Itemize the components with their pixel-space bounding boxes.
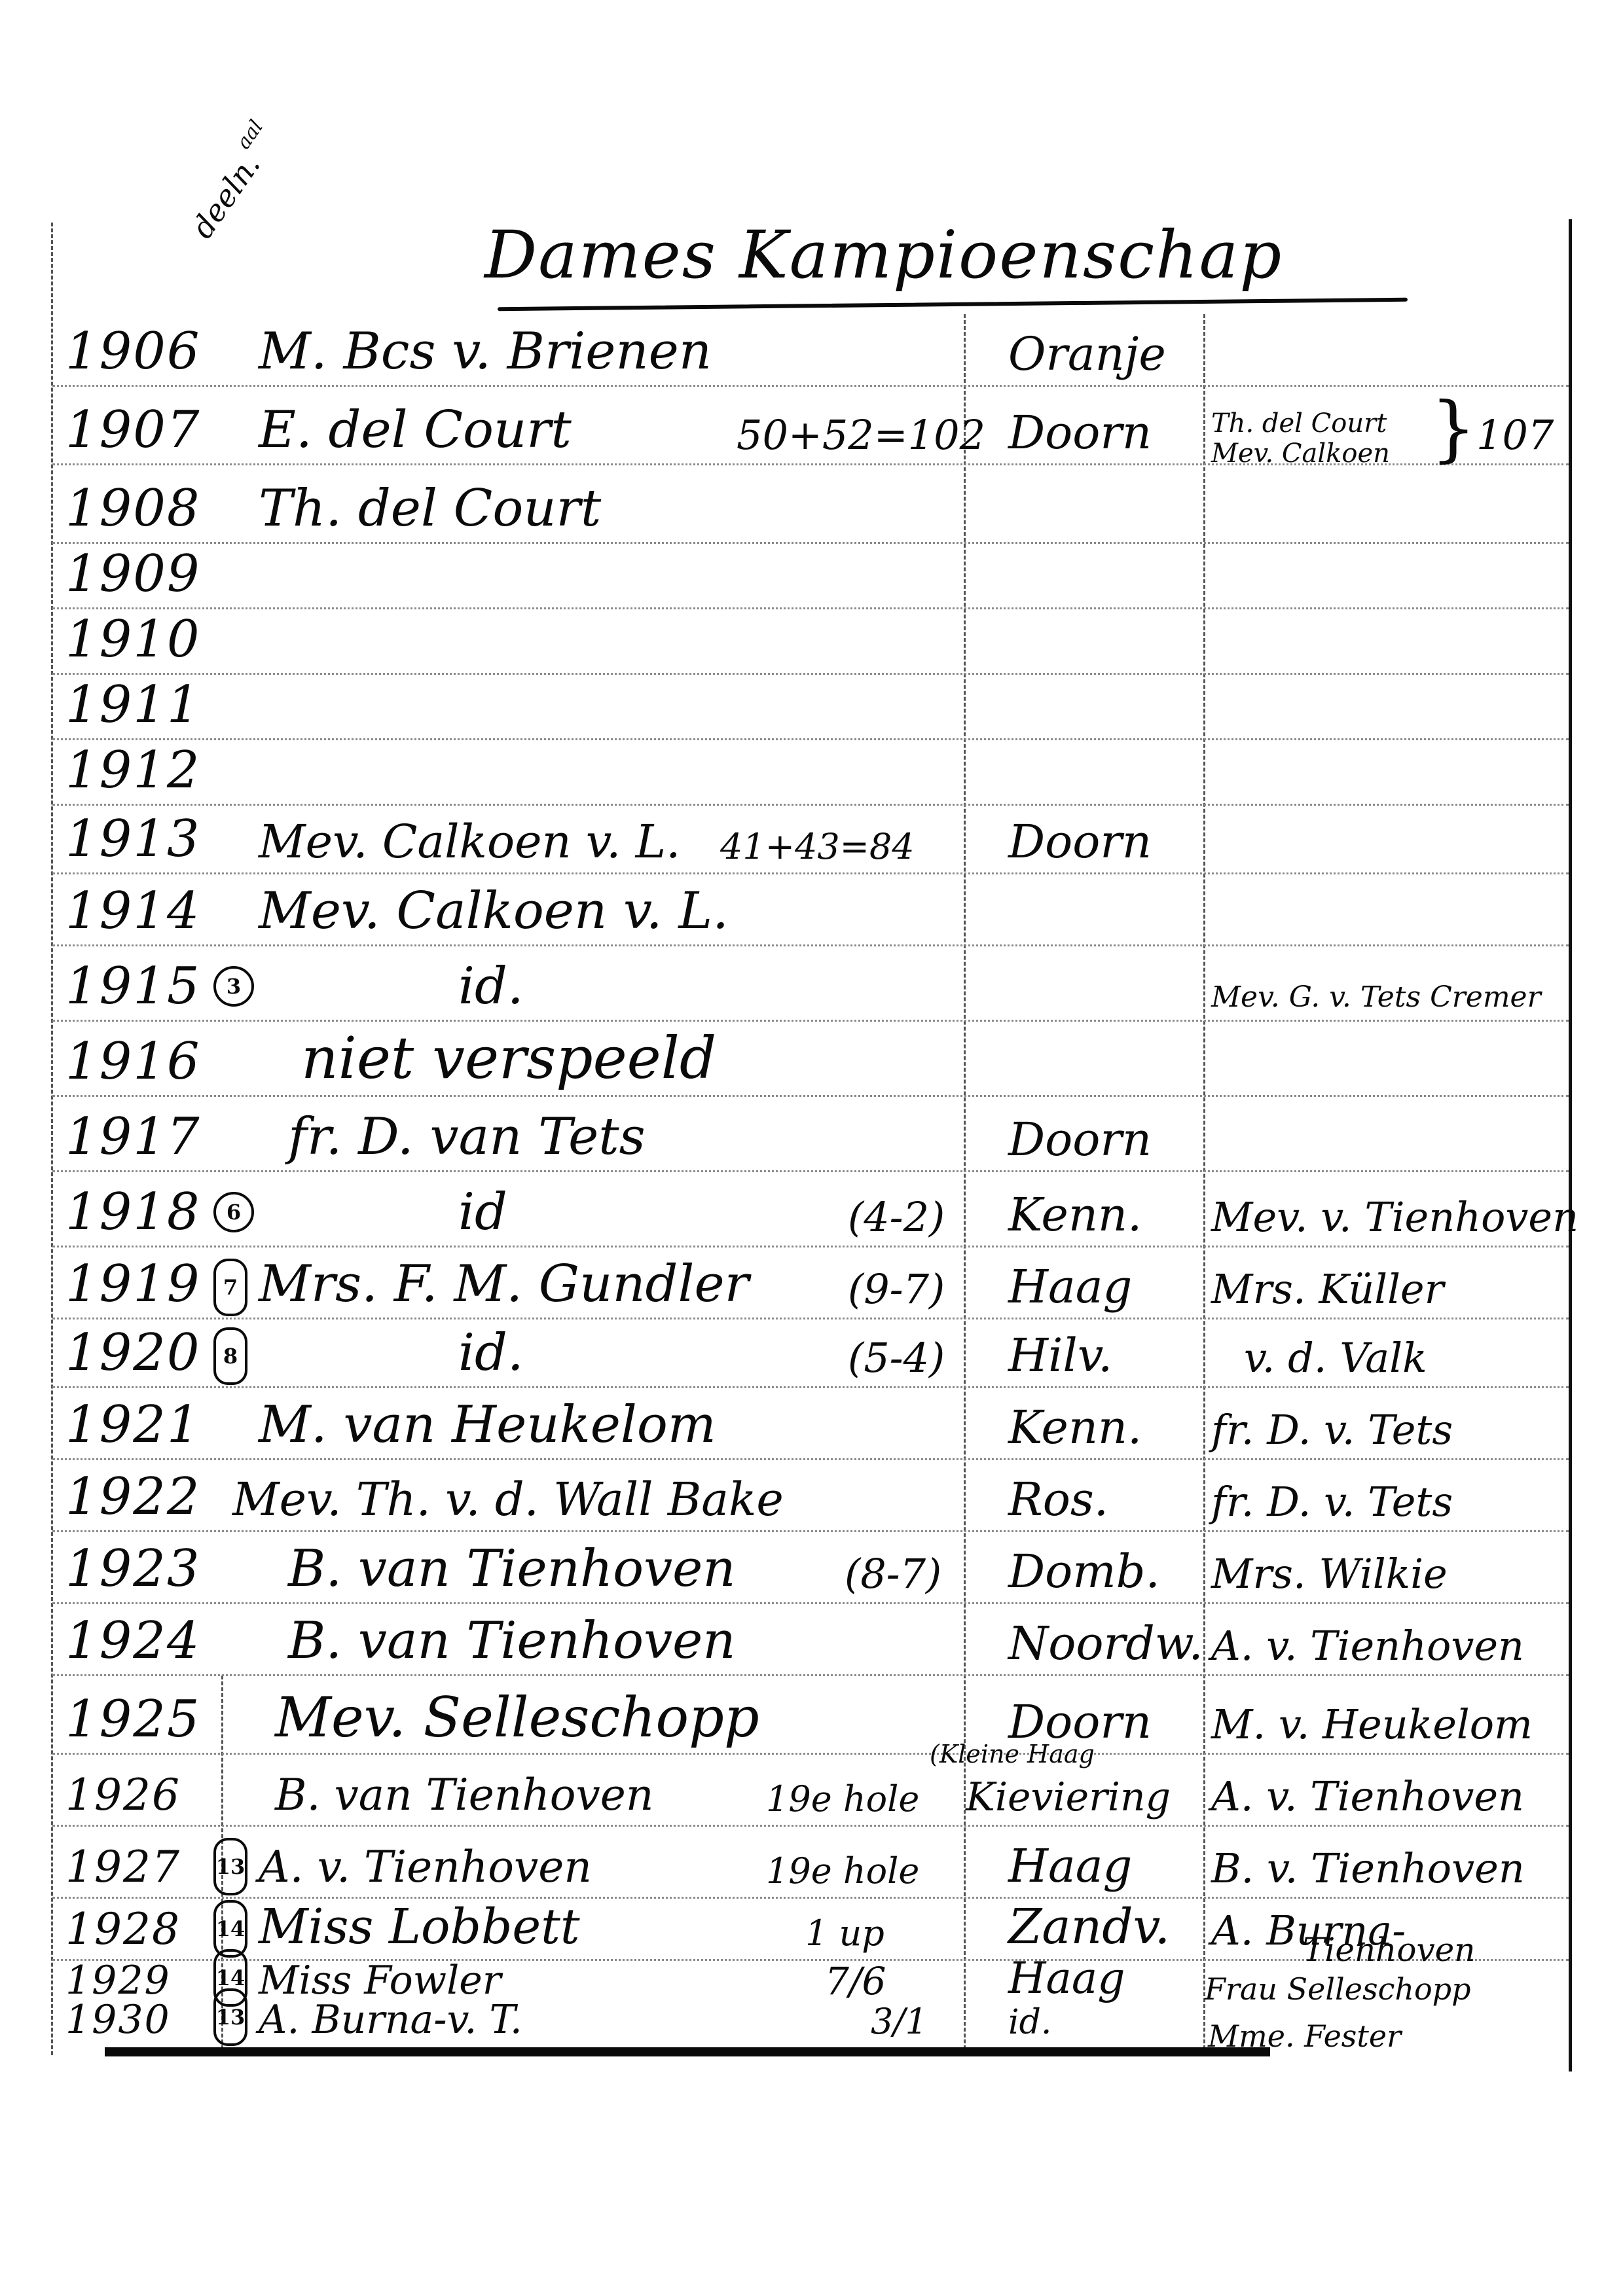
year: 1930 (65, 2000, 171, 2039)
table-row: 1911 (0, 668, 1623, 740)
winner: id (458, 1187, 507, 1238)
bottom-border (105, 2047, 1270, 2056)
table-row: 1909 (0, 537, 1623, 609)
runner-up: Mrs. Küller (1211, 1269, 1444, 1310)
margin-note-text: deeln. (185, 148, 267, 245)
runner-up: fr. D. v. Tets (1211, 1410, 1453, 1450)
year: 1909 (65, 548, 201, 600)
runner-up: v. d. Valk (1244, 1338, 1427, 1378)
winner: E. del Court (259, 404, 572, 456)
year: 1910 (65, 614, 201, 665)
winner: Mrs. F. M. Gundler (259, 1259, 749, 1310)
table-row: 1917 fr. D. van Tets Doorn (0, 1100, 1623, 1172)
table-row: 1914 Mev. Calkoen v. L. (0, 874, 1623, 946)
table-row: 1918 6 id (4-2) Kenn. Mev. v. Tienhoven (0, 1175, 1623, 1247)
year: 1914 (65, 886, 201, 937)
year: 1924 (65, 1615, 201, 1666)
runner-up: A. v. Tienhoven (1211, 1776, 1524, 1817)
score: 41+43=84 (720, 829, 915, 865)
club: Haag (1008, 1264, 1132, 1310)
year: 1926 (65, 1774, 181, 1817)
year: 1907 (65, 404, 201, 456)
club: Haag (1008, 1843, 1132, 1889)
score: (9-7) (848, 1269, 945, 1310)
club: Doorn (1008, 819, 1152, 865)
club-note: (Kleine Haag (930, 1740, 1095, 1768)
table-row: 1912 (0, 733, 1623, 805)
table-row: 1930 13 A. Burna-v. T. 3/1 id. Mme. Fest… (0, 1977, 1623, 2049)
entries-count-badge: 6 (213, 1192, 254, 1232)
table-row: 1913 Mev. Calkoen v. L. 41+43=84 Doorn (0, 802, 1623, 874)
page-title: Dames Kampioenschap (484, 223, 1283, 288)
runner-up-score: 107 (1476, 415, 1554, 456)
winner: M. van Heukelom (259, 1399, 716, 1450)
club: Hilv. (1008, 1333, 1112, 1378)
runner-up: M. v. Heukelom (1211, 1704, 1533, 1745)
year: 1921 (65, 1399, 201, 1450)
table-row: 1927 13 A. v. Tienhoven 19e hole Haag B.… (0, 1826, 1623, 1898)
year: 1918 (65, 1187, 201, 1238)
runner-up: fr. D. v. Tets (1211, 1482, 1453, 1522)
row-rule (52, 1020, 1569, 1022)
runner-up: Mev. G. v. Tets Cremer (1211, 983, 1541, 1012)
table-row: 1916 niet verspeeld (0, 1024, 1623, 1096)
winner: id. (458, 961, 524, 1012)
club: Ros. (1008, 1477, 1108, 1522)
winner: B. van Tienhoven (288, 1615, 736, 1666)
runner-up: Mev. v. Tienhoven (1211, 1197, 1578, 1238)
winner-note: niet verspeeld (301, 1030, 716, 1087)
winner: B. van Tienhoven (288, 1543, 736, 1594)
row-rule (52, 1095, 1569, 1097)
club: Kieviering (966, 1778, 1171, 1817)
table-row: 1924 B. van Tienhoven Noordw. A. v. Tien… (0, 1604, 1623, 1676)
entries-count-badge: 3 (213, 966, 254, 1007)
entries-count-badge: 8 (213, 1327, 247, 1385)
winner: fr. D. van Tets (288, 1111, 646, 1162)
table-row: 1925 Mev. Selleschopp Doorn M. v. Heukel… (0, 1682, 1623, 1754)
row-rule (52, 944, 1569, 946)
entries-count-badge: 13 (213, 1838, 247, 1895)
winner: B. van Tienhoven (275, 1774, 653, 1817)
score: 19e hole (766, 1782, 919, 1817)
runner-up: A. v. Tienhoven (1211, 1626, 1524, 1666)
table-row: 1906 M. Bcs v. Brienen Oranje (0, 314, 1623, 386)
table-row: 1907 E. del Court 50+52=102 Doorn Th. de… (0, 393, 1623, 465)
score: 50+52=102 (737, 415, 985, 456)
winner: A. v. Tienhoven (259, 1846, 592, 1889)
runner-up-continuation: Tienhoven (1303, 1931, 1475, 1969)
year: 1915 (65, 961, 201, 1012)
table-row: 1923 B. van Tienhoven (8-7) Domb. Mrs. W… (0, 1532, 1623, 1604)
club: Kenn. (1008, 1405, 1142, 1450)
winner: M. Bcs v. Brienen (259, 326, 712, 377)
table-row: 1926 B. van Tienhoven 19e hole (Kleine H… (0, 1754, 1623, 1826)
runner-up-line-1: Th. del Court (1211, 408, 1387, 439)
winner: Mev. Th. v. d. Wall Bake (232, 1477, 784, 1522)
club: Kenn. (1008, 1192, 1142, 1238)
row-rule (52, 1674, 1569, 1676)
score: (8-7) (845, 1554, 941, 1594)
year: 1908 (65, 483, 201, 534)
score: (5-4) (848, 1338, 945, 1378)
club: Noordw. (1008, 1621, 1203, 1666)
winner: Th. del Court (259, 483, 601, 534)
club: Doorn (1008, 1699, 1152, 1745)
club: Doorn (1008, 410, 1152, 456)
brace-glyph: } (1431, 386, 1476, 470)
club: Oranje (1008, 331, 1166, 377)
year: 1927 (65, 1846, 181, 1889)
table-row: 1920 8 id. (5-4) Hilv. v. d. Valk (0, 1316, 1623, 1388)
winner: Mev. Selleschopp (275, 1690, 759, 1745)
row-rule (52, 385, 1569, 387)
entries-count-badge: 13 (213, 1988, 247, 2046)
table-row: 1919 7 Mrs. F. M. Gundler (9-7) Haag Mrs… (0, 1247, 1623, 1319)
year: 1922 (65, 1471, 201, 1522)
title-underline (498, 298, 1408, 312)
year: 1906 (65, 326, 201, 377)
table-row: 1908 Th. del Court (0, 471, 1623, 543)
runner-up: Mme. Fester (1208, 2021, 1401, 2051)
table-row: 1922 Mev. Th. v. d. Wall Bake Ros. fr. D… (0, 1460, 1623, 1532)
year: 1923 (65, 1543, 201, 1594)
table-row: 1921 M. van Heukelom Kenn. fr. D. v. Tet… (0, 1388, 1623, 1460)
year: 1920 (65, 1327, 201, 1378)
winner: Mev. Calkoen v. L. (259, 886, 729, 937)
club: id. (1008, 2005, 1051, 2039)
winner: id. (458, 1327, 524, 1378)
year: 1911 (65, 679, 201, 730)
club: Doorn (1008, 1117, 1152, 1162)
row-rule (52, 1170, 1569, 1172)
score: 19e hole (766, 1854, 919, 1889)
runner-up: B. v. Tienhoven (1211, 1848, 1525, 1889)
ledger-page: deeln.aal Dames Kampioenschap 1906 M. Bc… (0, 0, 1623, 2296)
runner-up: Th. del Court Mev. Calkoen (1211, 408, 1390, 469)
year: 1912 (65, 745, 201, 796)
score: 3/1 (871, 2004, 928, 2039)
runner-up: Mrs. Wilkie (1211, 1554, 1448, 1594)
year: 1917 (65, 1111, 201, 1162)
entries-count-badge: 7 (213, 1259, 247, 1316)
runner-up-line-2: Mev. Calkoen (1211, 439, 1390, 469)
margin-note-participants: deeln.aal (187, 125, 282, 243)
score: (4-2) (848, 1197, 945, 1238)
year: 1916 (65, 1036, 201, 1087)
table-row: 1915 3 id. Mev. G. v. Tets Cremer (0, 949, 1623, 1021)
year: 1919 (65, 1259, 201, 1310)
year: 1913 (65, 814, 201, 865)
year: 1925 (65, 1694, 201, 1745)
table-row: 1910 (0, 602, 1623, 674)
winner: Mev. Calkoen v. L. (259, 819, 680, 865)
club: Domb. (1008, 1549, 1160, 1594)
winner: A. Burna-v. T. (259, 2000, 522, 2039)
